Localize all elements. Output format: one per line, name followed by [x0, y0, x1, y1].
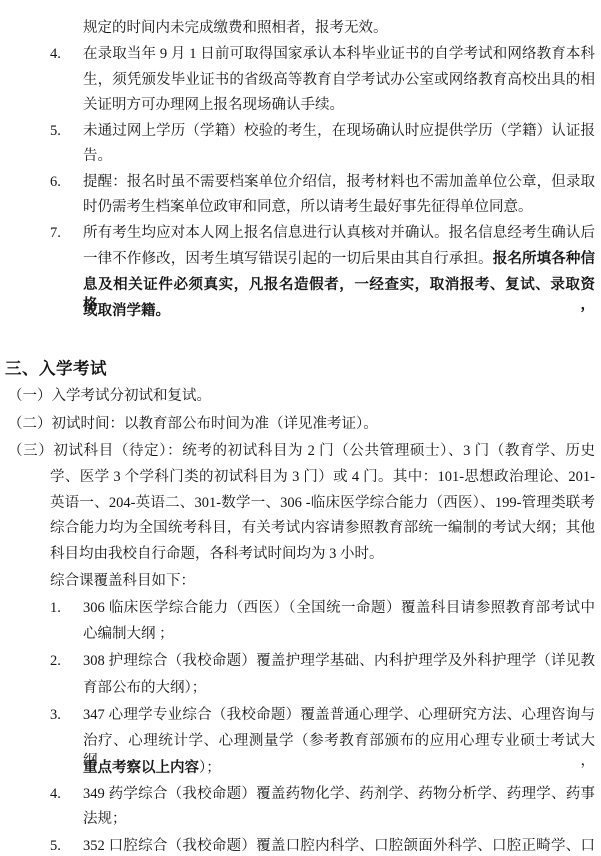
numbered-list-item-line: 7.所有考生均应对本人网上报名信息进行认真核对并确认。报名信息经考生确认后 [83, 223, 595, 243]
list-item-number: 2. [50, 651, 61, 671]
bold-text-segment: 或取消学籍。 [83, 303, 170, 319]
body-continuation-line: 育部公布的大纲）； [83, 678, 595, 698]
body-continuation-line: 关证明方可办理网上报名现场确认手续。 [83, 95, 595, 115]
text-segment: 提醒：报名时虽不需要档案单位介绍信，报考材料也不需加盖单位公章，但录取 [83, 174, 595, 190]
text-segment: 综合课覆盖科目如下： [50, 573, 195, 589]
text-segment: （一）入学考试分初试和复试。 [8, 388, 211, 404]
text-segment: 关证明方可办理网上报名现场确认手续。 [83, 97, 344, 113]
body-continuation-line: 规定的时间内未完成缴费和照相者，报考无效。 [83, 18, 595, 38]
text-segment: 347 心理学专业综合（我校命题）覆盖普通心理学、心理研究方法、心理咨询与 [83, 707, 595, 723]
numbered-list-item-line: 2.308 护理综合（我校命题）覆盖护理学基础、内科护理学及外科护理学（详见教 [83, 651, 595, 671]
list-item-number: 7. [50, 223, 61, 243]
bold-text-segment: 报名所填各种信 [493, 251, 595, 267]
text-segment: 法规； [83, 811, 127, 827]
body-continuation-line: 或取消学籍。 [83, 301, 595, 321]
body-continuation-line: 法规； [83, 809, 595, 829]
text-segment: 时仍需考生档案单位政审和同意，所以请考生最好事先征得单位同意。 [83, 199, 533, 215]
body-continuation-line: 心编制大纲 ； [83, 624, 595, 644]
body-continuation-line: 重点考察以上内容）； [83, 758, 595, 778]
paren-numbered-line: （三）初试科目（待定）：统考的初试科目为 2 门（公共管理硕士）、3 门（教育学… [8, 441, 595, 461]
bold-text-segment: 重点考察以上内容 [83, 760, 199, 776]
text-segment: 科目均由我校自行命题，各科考试时间均为 3 小时。 [50, 546, 384, 562]
text-segment: 综合能力均为全国统考科目，有关考试内容请参照教育部统一编制的考试大纲；其他 [50, 520, 595, 536]
list-item-number: 5. [50, 121, 61, 141]
text-segment: 心编制大纲 ； [83, 626, 174, 642]
text-segment: 352 口腔综合（我校命题）覆盖口腔内科学、口腔颌面外科学、口腔正畸学、口 [83, 838, 595, 854]
indented-continuation-line: 学、医学 3 个学科门类的初试科目为 3 门）或 4 门。其中：101-思想政治… [50, 467, 595, 487]
text-segment: 学、医学 3 个学科门类的初试科目为 3 门）或 4 门。其中：101-思想政治… [50, 469, 595, 485]
indented-continuation-line: 科目均由我校自行命题，各科考试时间均为 3 小时。 [50, 544, 595, 564]
indented-continuation-line: 综合课覆盖科目如下： [50, 571, 595, 591]
text-segment: 生，须凭颁发毕业证书的省级高等教育自学考试办公室或网络教育高校出具的相 [83, 72, 595, 88]
body-continuation-line: 时仍需考生档案单位政审和同意，所以请考生最好事先征得单位同意。 [83, 197, 595, 217]
numbered-list-item-line: 5.352 口腔综合（我校命题）覆盖口腔内科学、口腔颌面外科学、口腔正畸学、口 [83, 836, 595, 856]
document-page: 规定的时间内未完成缴费和照相者，报考无效。4.在录取当年 9 月 1 日前可取得… [0, 0, 601, 856]
list-item-number: 5. [50, 836, 61, 856]
text-segment: 306 临床医学综合能力（西医）（全国统一命题）覆盖科目请参照教育部考试中 [83, 600, 595, 616]
text-segment: 308 护理综合（我校命题）覆盖护理学基础、内科护理学及外科护理学（详见教 [83, 653, 595, 669]
text-segment: （三）初试科目（待定）：统考的初试科目为 2 门（公共管理硕士）、3 门（教育学… [8, 443, 595, 459]
bold-text-segment: 三、入学考试 [5, 359, 107, 378]
numbered-list-item-line: 3.347 心理学专业综合（我校命题）覆盖普通心理学、心理研究方法、心理咨询与 [83, 705, 595, 725]
text-segment: 未通过网上学历（学籍）校验的考生，在现场确认时应提供学历（学籍）认证报 [83, 123, 595, 139]
body-continuation-line: 生，须凭颁发毕业证书的省级高等教育自学考试办公室或网络教育高校出具的相 [83, 70, 595, 90]
body-continuation-line: 告。 [83, 146, 595, 166]
list-item-number: 6. [50, 172, 61, 192]
list-item-number: 4. [50, 44, 61, 64]
numbered-list-item-line: 1.306 临床医学综合能力（西医）（全国统一命题）覆盖科目请参照教育部考试中 [83, 598, 595, 618]
list-item-number: 1. [50, 598, 61, 618]
body-continuation-line: 一律不作修改，因考生填写错误引起的一切后果由其自行承担。报名所填各种信 [83, 249, 595, 269]
text-segment: 英语一、204-英语二、301-数学一、306 -临床医学综合能力（西医）、19… [50, 495, 595, 511]
numbered-list-item-line: 4.在录取当年 9 月 1 日前可取得国家承认本科毕业证书的自学考试和网络教育本… [83, 44, 595, 64]
indented-continuation-line: 英语一、204-英语二、301-数学一、306 -临床医学综合能力（西医）、19… [50, 493, 595, 513]
list-item-number: 3. [50, 705, 61, 725]
numbered-list-item-line: 5.未通过网上学历（学籍）校验的考生，在现场确认时应提供学历（学籍）认证报 [83, 121, 595, 141]
text-segment: 在录取当年 9 月 1 日前可取得国家承认本科毕业证书的自学考试和网络教育本科 [83, 46, 595, 62]
paren-numbered-line: （一）入学考试分初试和复试。 [8, 386, 595, 406]
text-segment: （二）初试时间：以教育部公布时间为准（详见准考证）。 [8, 416, 378, 432]
section-heading: 三、入学考试 [5, 358, 595, 380]
text-segment: 告。 [83, 148, 112, 164]
text-segment: 育部公布的大纲）； [83, 680, 206, 696]
indented-continuation-line: 综合能力均为全国统考科目，有关考试内容请参照教育部统一编制的考试大纲；其他 [50, 518, 595, 538]
paren-numbered-line: （二）初试时间：以教育部公布时间为准（详见准考证）。 [8, 414, 595, 434]
numbered-list-item-line: 4.349 药学综合（我校命题）覆盖药物化学、药剂学、药物分析学、药理学、药事 [83, 784, 595, 804]
text-segment: 一律不作修改，因考生填写错误引起的一切后果由其自行承担。 [83, 251, 493, 267]
numbered-list-item-line: 6.提醒：报名时虽不需要档案单位介绍信，报考材料也不需加盖单位公章，但录取 [83, 172, 595, 192]
text-segment: 349 药学综合（我校命题）覆盖药物化学、药剂学、药物分析学、药理学、药事 [83, 786, 595, 802]
text-segment: ）； [199, 760, 221, 776]
text-segment: 所有考生均应对本人网上报名信息进行认真核对并确认。报名信息经考生确认后 [83, 225, 595, 241]
list-item-number: 4. [50, 784, 61, 804]
text-segment: 规定的时间内未完成缴费和照相者，报考无效。 [83, 20, 388, 36]
